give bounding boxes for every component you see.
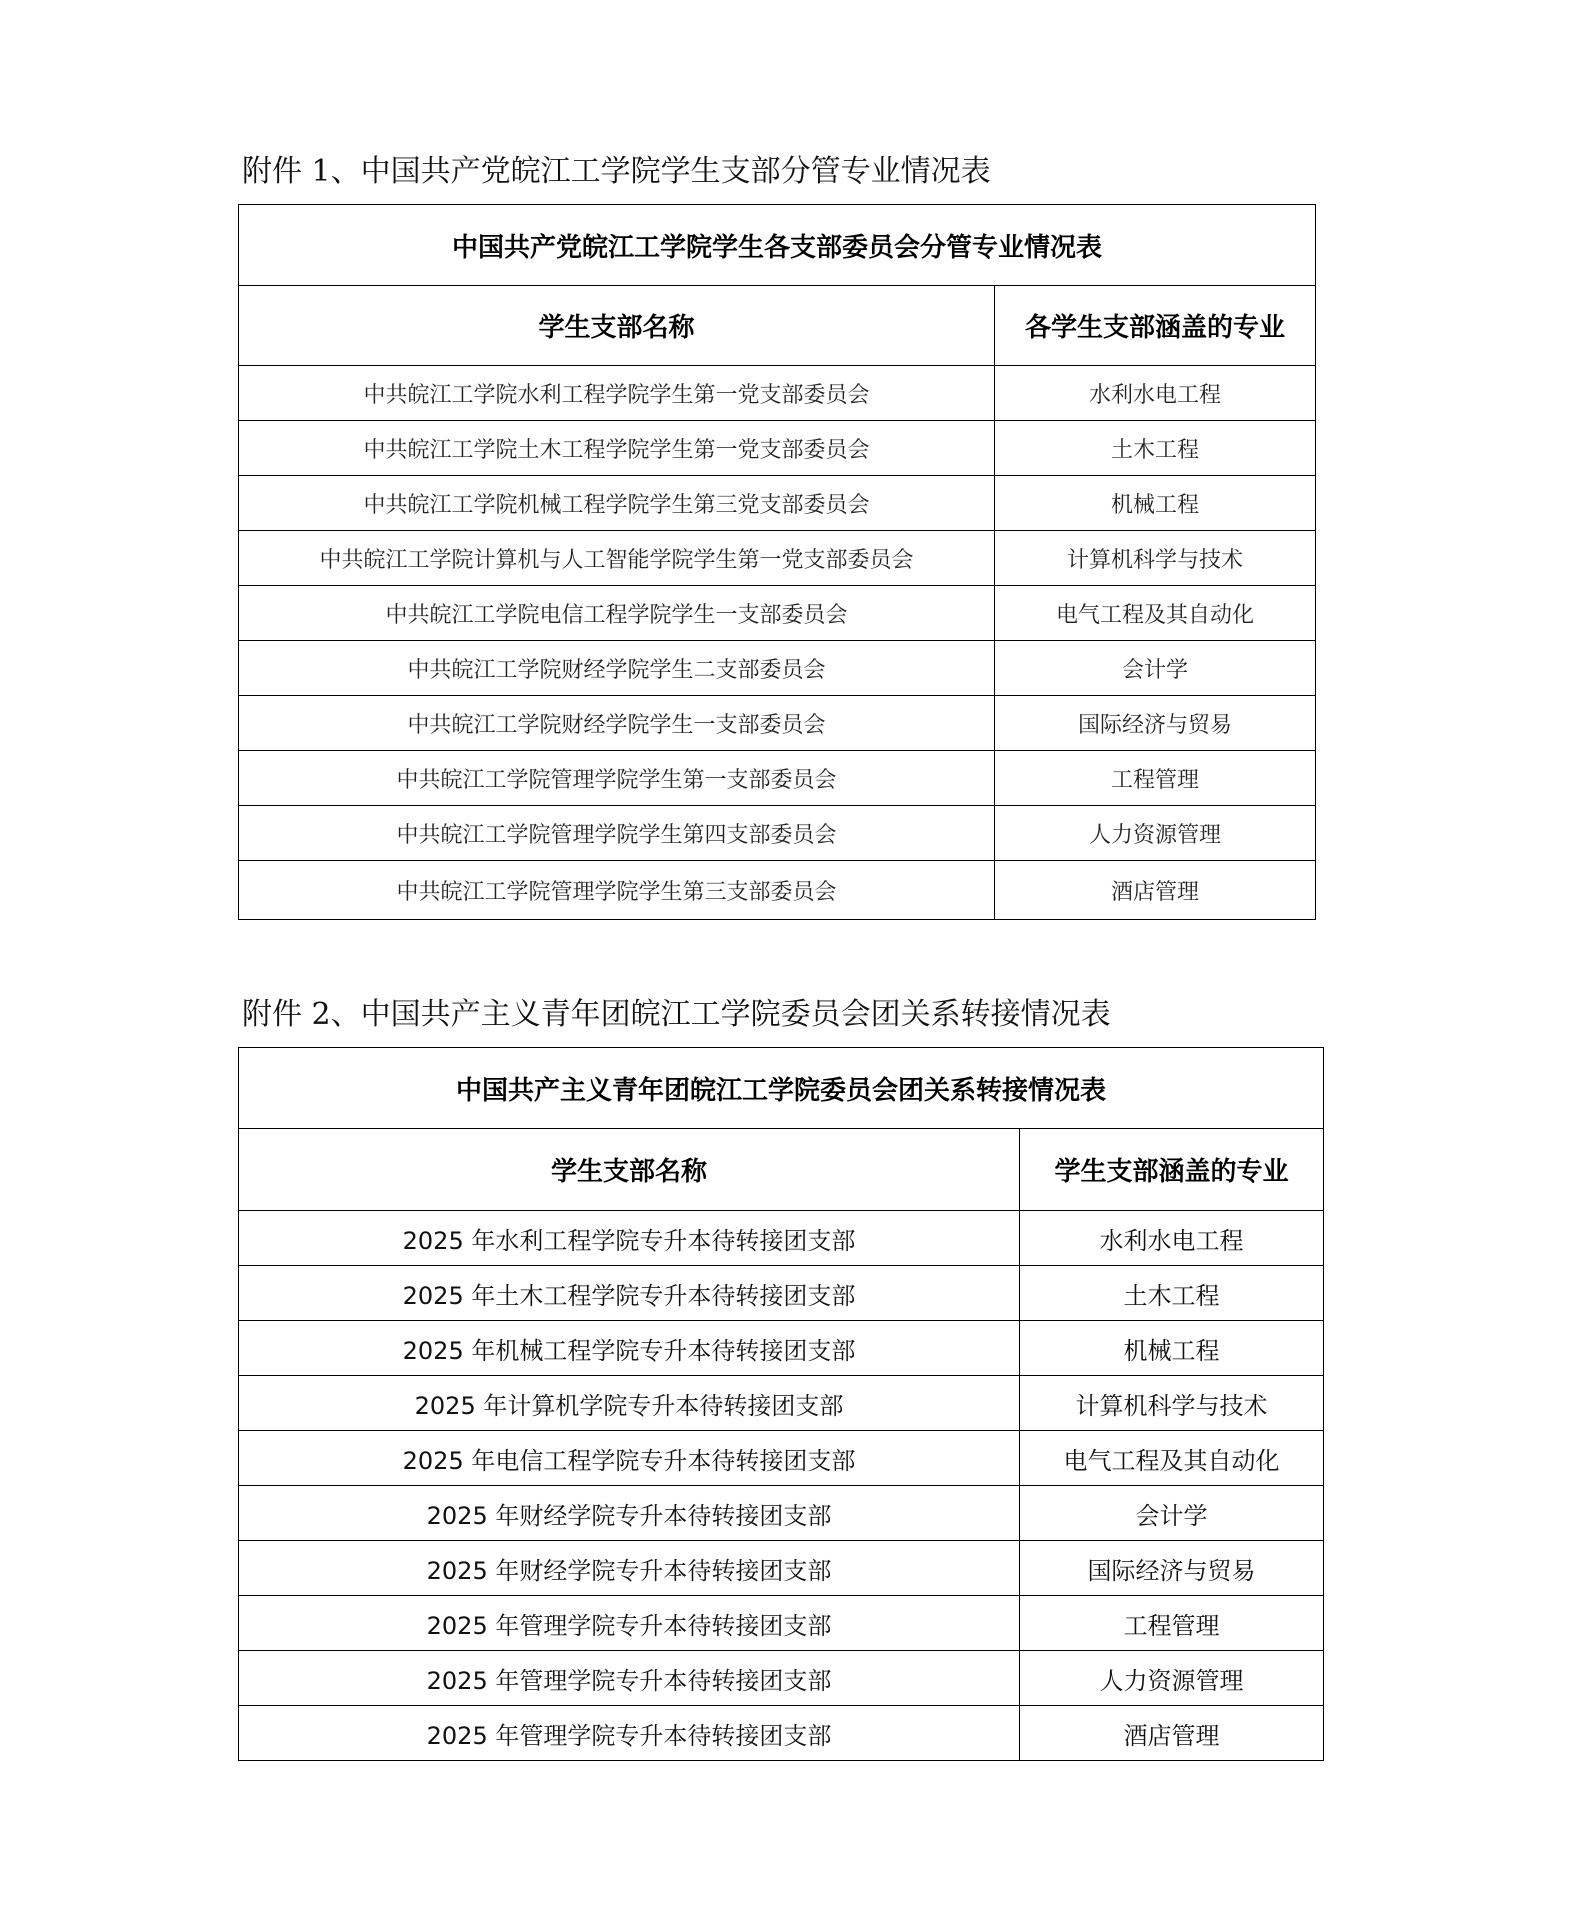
major-cell: 机械工程 — [995, 476, 1316, 531]
branch-cell: 中共皖江工学院财经学院学生二支部委员会 — [239, 641, 995, 696]
party-branch-majors-table: 中国共产党皖江工学院学生各支部委员会分管专业情况表 学生支部名称 各学生支部涵盖… — [238, 204, 1316, 920]
attachment-1-heading: 附件 1、中国共产党皖江工学院学生支部分管专业情况表 — [242, 154, 991, 190]
column-header-major: 学生支部涵盖的专业 — [1020, 1129, 1324, 1211]
major-cell: 土木工程 — [995, 421, 1316, 476]
major-cell: 计算机科学与技术 — [995, 531, 1316, 586]
major-cell: 会计学 — [1020, 1486, 1324, 1541]
branch-cell: 2025 年管理学院专升本待转接团支部 — [239, 1651, 1020, 1706]
table-row: 中共皖江工学院管理学院学生第一支部委员会 工程管理 — [239, 751, 1316, 806]
branch-cell: 2025 年计算机学院专升本待转接团支部 — [239, 1376, 1020, 1431]
table-title: 中国共产主义青年团皖江工学院委员会团关系转接情况表 — [239, 1048, 1324, 1129]
table-row: 2025 年机械工程学院专升本待转接团支部 机械工程 — [239, 1321, 1324, 1376]
attachment-2-heading: 附件 2、中国共产主义青年团皖江工学院委员会团关系转接情况表 — [242, 997, 1111, 1033]
branch-cell: 中共皖江工学院水利工程学院学生第一党支部委员会 — [239, 366, 995, 421]
table-row: 中共皖江工学院计算机与人工智能学院学生第一党支部委员会 计算机科学与技术 — [239, 531, 1316, 586]
major-cell: 人力资源管理 — [1020, 1651, 1324, 1706]
table-row: 2025 年电信工程学院专升本待转接团支部 电气工程及其自动化 — [239, 1431, 1324, 1486]
major-cell: 水利水电工程 — [995, 366, 1316, 421]
table-header-row: 学生支部名称 学生支部涵盖的专业 — [239, 1129, 1324, 1211]
branch-cell: 中共皖江工学院机械工程学院学生第三党支部委员会 — [239, 476, 995, 531]
table-row: 2025 年管理学院专升本待转接团支部 人力资源管理 — [239, 1651, 1324, 1706]
table-row: 中共皖江工学院财经学院学生一支部委员会 国际经济与贸易 — [239, 696, 1316, 751]
major-cell: 水利水电工程 — [1020, 1211, 1324, 1266]
major-cell: 国际经济与贸易 — [1020, 1541, 1324, 1596]
branch-cell: 中共皖江工学院管理学院学生第三支部委员会 — [239, 861, 995, 920]
table-row: 2025 年管理学院专升本待转接团支部 工程管理 — [239, 1596, 1324, 1651]
major-cell: 电气工程及其自动化 — [1020, 1431, 1324, 1486]
major-cell: 计算机科学与技术 — [1020, 1376, 1324, 1431]
branch-cell: 中共皖江工学院计算机与人工智能学院学生第一党支部委员会 — [239, 531, 995, 586]
table-row: 2025 年财经学院专升本待转接团支部 国际经济与贸易 — [239, 1541, 1324, 1596]
major-cell: 酒店管理 — [995, 861, 1316, 920]
branch-cell: 2025 年管理学院专升本待转接团支部 — [239, 1706, 1020, 1761]
branch-cell: 2025 年水利工程学院专升本待转接团支部 — [239, 1211, 1020, 1266]
major-cell: 机械工程 — [1020, 1321, 1324, 1376]
table-row: 中共皖江工学院管理学院学生第四支部委员会 人力资源管理 — [239, 806, 1316, 861]
branch-cell: 2025 年管理学院专升本待转接团支部 — [239, 1596, 1020, 1651]
major-cell: 会计学 — [995, 641, 1316, 696]
table-row: 中共皖江工学院土木工程学院学生第一党支部委员会 土木工程 — [239, 421, 1316, 476]
table-row: 2025 年财经学院专升本待转接团支部 会计学 — [239, 1486, 1324, 1541]
major-cell: 电气工程及其自动化 — [995, 586, 1316, 641]
table-row: 中共皖江工学院财经学院学生二支部委员会 会计学 — [239, 641, 1316, 696]
major-cell: 工程管理 — [1020, 1596, 1324, 1651]
major-cell: 国际经济与贸易 — [995, 696, 1316, 751]
branch-cell: 2025 年财经学院专升本待转接团支部 — [239, 1486, 1020, 1541]
major-cell: 土木工程 — [1020, 1266, 1324, 1321]
table-title-row: 中国共产主义青年团皖江工学院委员会团关系转接情况表 — [239, 1048, 1324, 1129]
branch-cell: 2025 年电信工程学院专升本待转接团支部 — [239, 1431, 1020, 1486]
major-cell: 酒店管理 — [1020, 1706, 1324, 1761]
table-row: 2025 年土木工程学院专升本待转接团支部 土木工程 — [239, 1266, 1324, 1321]
major-cell: 人力资源管理 — [995, 806, 1316, 861]
league-transfer-table: 中国共产主义青年团皖江工学院委员会团关系转接情况表 学生支部名称 学生支部涵盖的… — [238, 1047, 1324, 1761]
table-header-row: 学生支部名称 各学生支部涵盖的专业 — [239, 286, 1316, 366]
table-row: 中共皖江工学院水利工程学院学生第一党支部委员会 水利水电工程 — [239, 366, 1316, 421]
table-row: 中共皖江工学院电信工程学院学生一支部委员会 电气工程及其自动化 — [239, 586, 1316, 641]
column-header-branch: 学生支部名称 — [239, 286, 995, 366]
table-row: 中共皖江工学院管理学院学生第三支部委员会 酒店管理 — [239, 861, 1316, 920]
major-cell: 工程管理 — [995, 751, 1316, 806]
column-header-branch: 学生支部名称 — [239, 1129, 1020, 1211]
table-row: 中共皖江工学院机械工程学院学生第三党支部委员会 机械工程 — [239, 476, 1316, 531]
branch-cell: 2025 年财经学院专升本待转接团支部 — [239, 1541, 1020, 1596]
table-row: 2025 年水利工程学院专升本待转接团支部 水利水电工程 — [239, 1211, 1324, 1266]
table-title: 中国共产党皖江工学院学生各支部委员会分管专业情况表 — [239, 205, 1316, 286]
branch-cell: 2025 年机械工程学院专升本待转接团支部 — [239, 1321, 1020, 1376]
table-title-row: 中国共产党皖江工学院学生各支部委员会分管专业情况表 — [239, 205, 1316, 286]
branch-cell: 中共皖江工学院电信工程学院学生一支部委员会 — [239, 586, 995, 641]
column-header-major: 各学生支部涵盖的专业 — [995, 286, 1316, 366]
branch-cell: 中共皖江工学院管理学院学生第四支部委员会 — [239, 806, 995, 861]
branch-cell: 中共皖江工学院财经学院学生一支部委员会 — [239, 696, 995, 751]
branch-cell: 2025 年土木工程学院专升本待转接团支部 — [239, 1266, 1020, 1321]
table-row: 2025 年管理学院专升本待转接团支部 酒店管理 — [239, 1706, 1324, 1761]
branch-cell: 中共皖江工学院土木工程学院学生第一党支部委员会 — [239, 421, 995, 476]
branch-cell: 中共皖江工学院管理学院学生第一支部委员会 — [239, 751, 995, 806]
table-row: 2025 年计算机学院专升本待转接团支部 计算机科学与技术 — [239, 1376, 1324, 1431]
